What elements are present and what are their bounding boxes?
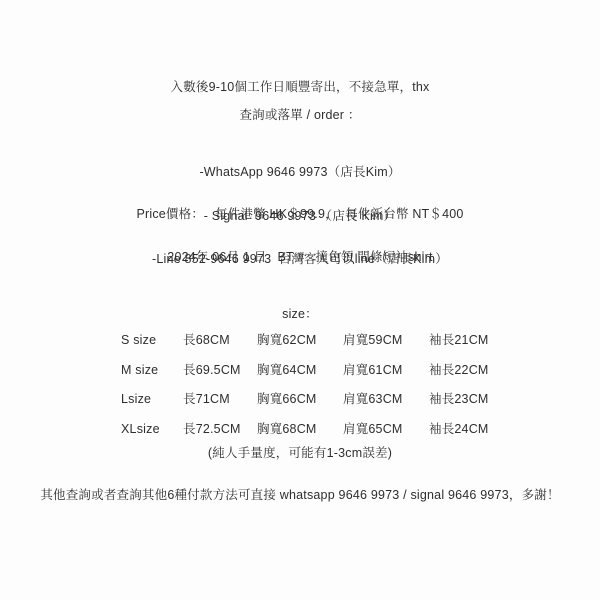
size-cell-sleeve: 袖長24CM [429,415,493,445]
size-cell-shoulder: 肩寬63CM [343,385,429,415]
size-section-header: size： [0,307,600,322]
size-cell-length: 長68CM [183,326,257,356]
price-line: Price價格： 每件港幣 HK＄99.9， 每件新台幣 NT＄400 [0,207,600,222]
size-cell-length: 長69.5CM [183,356,257,386]
size-cell-sleeve: 袖長22CM [429,356,493,386]
size-cell-label: Lsize [121,385,183,415]
document-page: 入數後9-10個工作日順豐寄出，不接急單，thx 查詢或落單 / order ：… [0,0,600,600]
size-cell-label: M size [121,356,183,386]
size-cell-shoulder: 肩寬61CM [343,356,429,386]
size-cell-chest: 胸寬64CM [257,356,343,386]
size-cell-chest: 胸寬68CM [257,415,343,445]
contact-whatsapp: -WhatsApp 9646 9973（店長Kim） [0,165,600,180]
order-header: 查詢或落單 / order ： [0,108,600,123]
size-cell-chest: 胸寬66CM [257,385,343,415]
size-cell-label: XLsize [121,415,183,445]
measurement-note: (純人手量度，可能有1-3cm誤差) [0,446,600,461]
size-cell-length: 長71CM [183,385,257,415]
shipping-note: 入數後9-10個工作日順豐寄出，不接急單，thx [0,80,600,95]
size-cell-chest: 胸寬62CM [257,326,343,356]
size-cell-sleeve: 袖長21CM [429,326,493,356]
size-table: S size 長68CM 胸寬62CM 肩寬59CM 袖長21CM M size… [121,326,493,444]
footer-note: 其他查詢或者查詢其他6種付款方法可直接 whatsapp 9646 9973 /… [0,488,600,503]
size-cell-shoulder: 肩寬65CM [343,415,429,445]
size-cell-length: 長72.5CM [183,415,257,445]
size-cell-sleeve: 袖長23CM [429,385,493,415]
product-title: 2024年 06月 1 日 BT # 撞色領 間條短袖shirt [0,250,600,265]
size-cell-shoulder: 肩寬59CM [343,326,429,356]
size-cell-label: S size [121,326,183,356]
